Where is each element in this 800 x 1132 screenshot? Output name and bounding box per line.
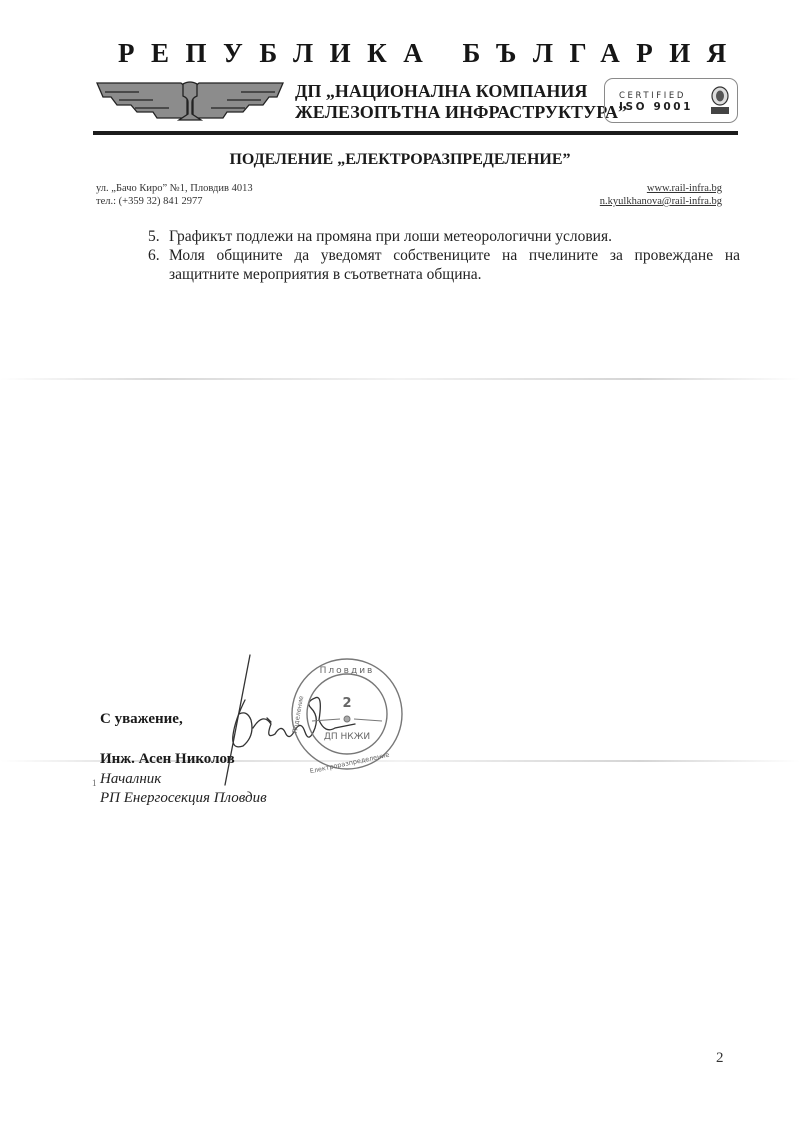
official-stamp-icon: Пловдив 2 ДП НКЖИ Поделение Електроразпр… [288,655,406,773]
address: ул. „Бачо Киро” №1, Пловдив 4013 [96,183,253,194]
svg-text:ДП НКЖИ: ДП НКЖИ [324,732,370,742]
page-number: 2 [716,1050,724,1067]
numbered-list: 5. Графикът подлежи на промяна при лоши … [148,227,740,284]
company-name-line1: ДП „НАЦИОНАЛНА КОМПАНИЯ [295,81,627,102]
railway-winged-rail-logo-icon [95,80,285,124]
margin-mark: 1 [92,778,97,788]
email-link[interactable]: n.kyulkhanova@rail-infra.bg [600,196,722,207]
signer-position: Началник [100,771,161,788]
header-divider [93,131,738,135]
company-name-line2: ЖЕЛЕЗОПЪТНА ИНФРАСТРУКТУРА” [295,102,627,123]
closing-regards: С уважение, [100,711,183,728]
list-item-number: 6. [148,246,160,265]
list-item-text: Моля общините да уведомят собствениците … [169,247,740,283]
republic-heading: РЕПУБЛИКА БЪЛГАРИЯ [118,38,698,69]
iso-number-label: ISO 9001 [619,101,693,113]
division-title: ПОДЕЛЕНИЕ „ЕЛЕКТРОРАЗПРЕДЕЛЕНИЕ” [0,151,800,169]
list-item-text: Графикът подлежи на промяна при лоши мет… [169,228,612,245]
list-item: 6. Моля общините да уведомят собственици… [148,246,740,284]
svg-text:Пловдив: Пловдив [320,666,375,676]
certification-seal-icon [709,86,731,116]
scan-fold-line [0,378,800,380]
iso-certified-label: CERTIFIED [619,91,686,101]
svg-text:2: 2 [342,696,351,711]
website-link[interactable]: www.rail-infra.bg [647,183,722,194]
list-item: 5. Графикът подлежи на промяна при лоши … [148,227,740,246]
list-item-number: 5. [148,227,160,246]
company-name: ДП „НАЦИОНАЛНА КОМПАНИЯ ЖЕЛЕЗОПЪТНА ИНФР… [295,81,627,123]
phone: тел.: (+359 32) 841 2977 [96,196,202,207]
iso-certification-badge: CERTIFIED ISO 9001 [604,78,738,123]
signer-unit: РП Енергосекция Пловдив [100,790,267,807]
